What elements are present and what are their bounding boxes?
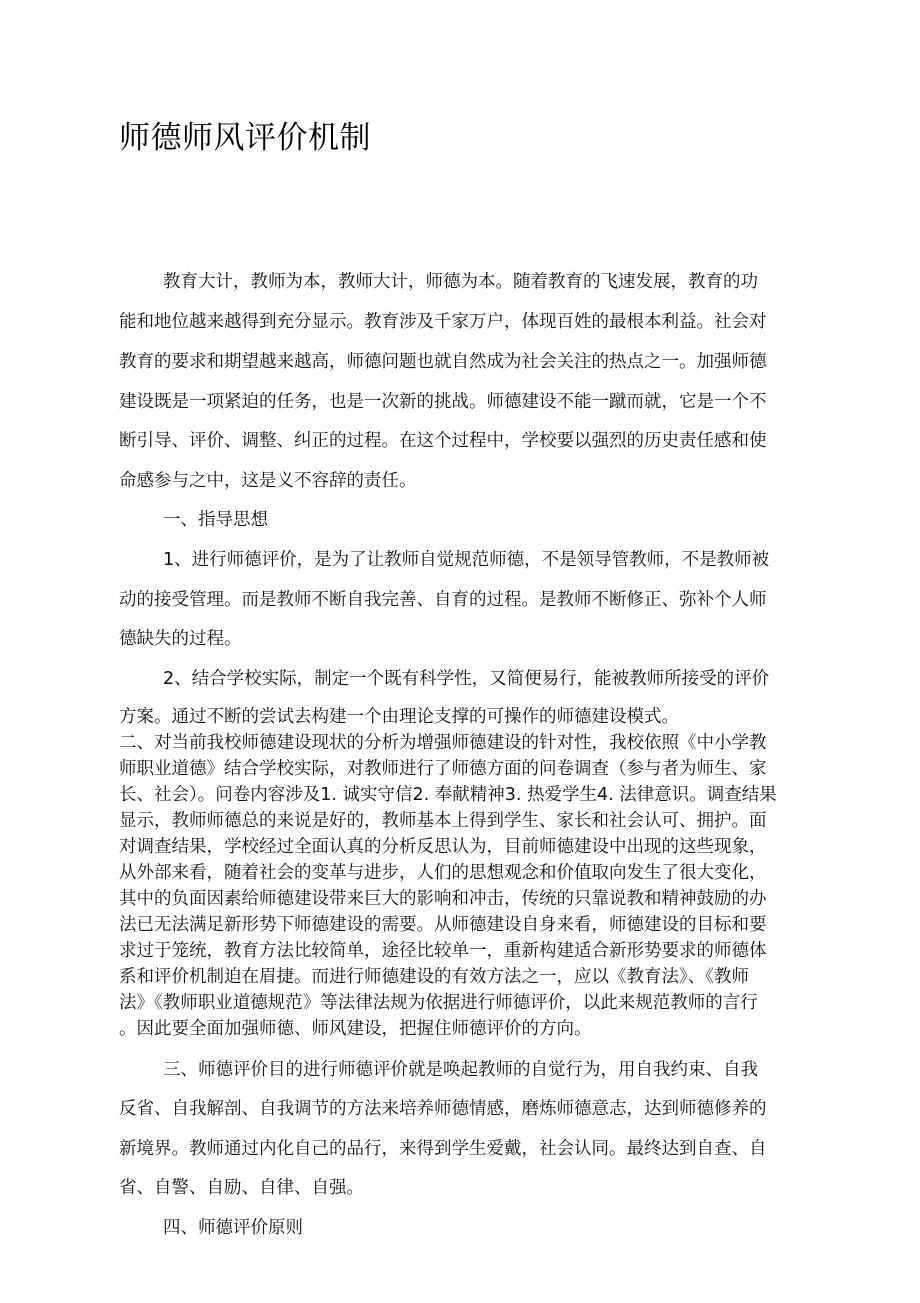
paragraph-line: 动的接受管理。而是教师不断自我完善、自育的过程。是教师不断修正、弥补个人师 (119, 588, 767, 612)
paragraph-line: 求过于笼统，教育方法比较简单，途径比较单一，重新构建适合新形势要求的师德体 (119, 939, 767, 963)
paragraph-line: 省、自警、自励、自律、自强。 (119, 1176, 364, 1200)
paragraph-line: 二、对当前我校师德建设现状的分析为增强师德建设的针对性，我校依照《中小学教 (119, 731, 767, 755)
paragraph-line: 。因此要全面加强师德、师风建设，把握住师德评价的方向。 (119, 1017, 592, 1041)
section-heading: 四、师德评价原则 (163, 1216, 303, 1240)
section-heading: 一、指导思想 (163, 508, 268, 532)
paragraph-line: 方案。通过不断的尝试去构建一个由理论支撑的可操作的师德建设模式。 (119, 705, 679, 729)
paragraph-line: 新境界。教师通过内化自己的品行，来得到学生爱戴，社会认同。最终达到自查、自 (119, 1137, 767, 1161)
paragraph-line: 对调查结果，学校经过全面认真的分析反思认为，目前师德建设中出现的这些现象， (119, 835, 767, 859)
paragraph-line: 能和地位越来越得到充分显示。教育涉及千家万户，体现百姓的最根本利益。社会对 (119, 310, 767, 334)
paragraph-line: 法》《教师职业道德规范》等法律法规为依据进行师德评价，以此来规范教师的言行 (119, 991, 758, 1015)
paragraph-line: 反省、自我解剖、自我调节的方法来培养师德情感，磨炼师德意志，达到师德修养的 (119, 1097, 767, 1121)
paragraph-line: 建设既是一项紧迫的任务，也是一次新的挑战。师德建设不能一蹴而就，它是一个不 (119, 390, 767, 414)
paragraph-line: 从外部来看，随着社会的变革与进步，人们的思想观念和价值取向发生了很大变化， (119, 861, 767, 885)
paragraph-line: 1、进行师德评价，是为了让教师自觉规范师德，不是领导管教师，不是教师被 (163, 548, 769, 572)
paragraph-line: 命感参与之中，这是义不容辞的责任。 (119, 469, 417, 493)
paragraph-line: 德缺失的过程。 (119, 627, 242, 651)
paragraph-line: 法已无法满足新形势下师德建设的需要。从师德建设自身来看，师德建设的目标和要 (119, 913, 767, 937)
paragraph-line: 2、结合学校实际，制定一个既有科学性，又简便易行，能被教师所接受的评价 (163, 667, 769, 691)
paragraph-line: 教育大计，教师为本，教师大计，师德为本。随着教育的飞速发展，教育的功 (163, 270, 758, 294)
paragraph-line: 三、师德评价目的进行师德评价就是唤起教师的自觉行为，用自我约束、自我 (163, 1058, 758, 1082)
paragraph-line: 系和评价机制迫在眉捷。而进行师德建设的有效方法之一，应以《教育法》、《教师 (119, 965, 749, 989)
paragraph-line: 其中的负面因素给师德建设带来巨大的影响和冲击，传统的只靠说教和精神鼓励的办 (119, 887, 767, 911)
paragraph-line: 教育的要求和期望越来越高，师德问题也就自然成为社会关注的热点之一。加强师德 (119, 350, 767, 374)
document-title: 师德师风评价机制 (119, 118, 371, 158)
paragraph-line: 长、社会）。问卷内容涉及1. 诚实守信2. 奉献精神3. 热爱学生4. 法律意识… (119, 783, 777, 807)
document-page: 师德师风评价机制 教育大计，教师为本，教师大计，师德为本。随着教育的飞速发展，教… (0, 0, 920, 1303)
paragraph-line: 显示，教师师德总的来说是好的，教师基本上得到学生、家长和社会认可、拥护。面 (119, 809, 767, 833)
paragraph-line: 断引导、评价、调整、纠正的过程。在这个过程中，学校要以强烈的历史责任感和使 (119, 429, 767, 453)
paragraph-line: 师职业道德》结合学校实际，对教师进行了师德方面的问卷调查（参与者为师生、家 (119, 757, 767, 781)
